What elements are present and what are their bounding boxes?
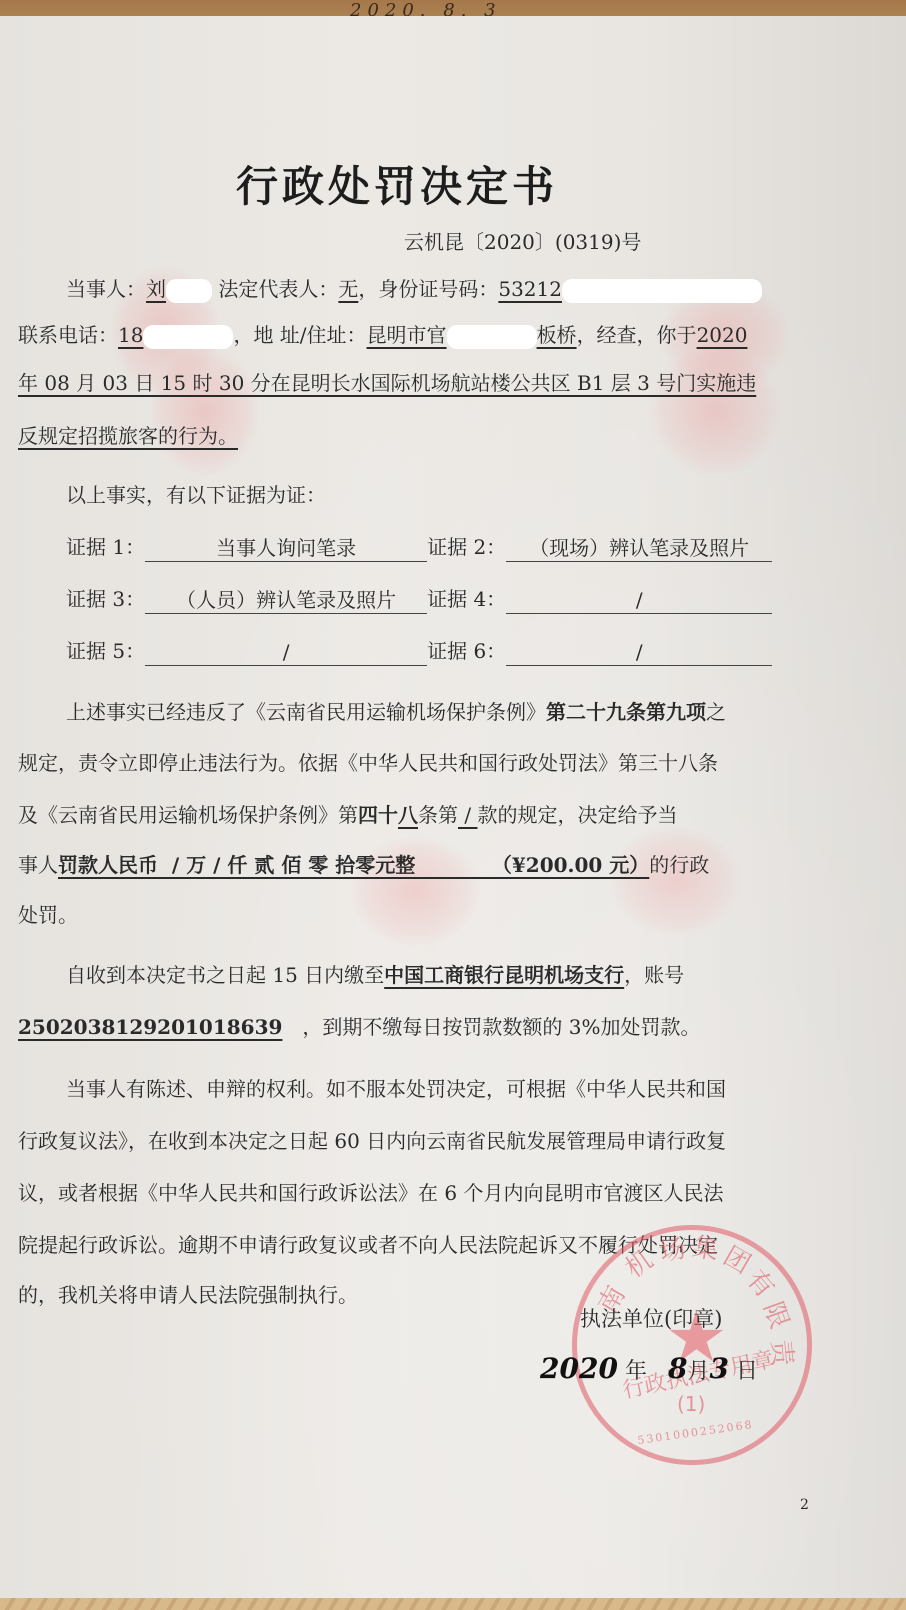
violation-text: 上述事实已经违反了《云南省民用运输机场保护条例》 [66,700,546,724]
document-title: 行政处罚决定书 [236,154,558,214]
evidence-value: （现场）辨认笔录及照片 [506,535,772,562]
incident-conclusion: 反规定招揽旅客的行为。 [18,421,798,451]
incident-year: 2020 [697,323,748,347]
evidence-value: 当事人询问笔录 [145,535,427,562]
issue-date: 2020 年 8月3 日 [540,1352,758,1385]
violation-line: 上述事实已经违反了《云南省民用运输机场保护条例》第二十九条第九项之 [18,697,846,727]
violation-line: 及《云南省民用运输机场保护条例》第四十八条第 / 款的规定，决定给予当 [18,800,798,830]
phone-number: 18 [118,323,143,347]
violation-text: 事人 [18,853,58,877]
violation-text: 的行政 [649,853,709,877]
evidence-label: 证据 2： [427,532,506,562]
evidence-label: 证据 4： [427,584,506,614]
evidence-row: 证据 5：/证据 6：/ [66,636,772,666]
evidence-row: 证据 1：当事人询问笔录证据 2：（现场）辨认笔录及照片 [66,532,772,562]
evidence-intro: 以上事实，有以下证据为证： [18,480,846,510]
incident-details: 年 08 月 03 日 15 时 30 分在昆明长水国际机场航站楼公共区 B1 … [18,368,798,398]
penalty-line: 事人罚款人民币 / 万 / 仟 贰 佰 零 拾零元整 （¥200.00 元）的行… [18,850,798,880]
document-number: 云机昆〔2020〕(0319)号 [404,226,641,255]
issuing-unit-label: 执法单位(印章) [580,1303,722,1333]
rights-line: 行政复议法》，在收到本决定之日起 60 日内向云南省民航发展管理局申请行政复 [18,1126,798,1156]
penalty-clause: / [458,803,477,827]
address-tail: 板桥 [537,323,577,347]
page-number: 2 [800,1497,809,1513]
redaction-mark [166,279,212,303]
seal-arc-text: 集 [690,1226,722,1267]
violation-text: 之 [706,700,726,724]
fine-amount: 罚款人民币 / 万 / 仟 贰 佰 零 拾零元整 （¥200.00 元） [58,853,649,877]
violation-line: 规定，责令立即停止违法行为。依据《中华人民共和国行政处罚法》第三十八条 [18,748,798,778]
year-label: 年 [625,1359,647,1384]
evidence-label: 证据 5： [66,636,145,666]
payment-line: 2502038129201018639，到期不缴每日按罚款数额的 3%加处罚款。 [18,1012,798,1042]
id-label: ，身份证号码： [358,277,498,301]
party-label: 当事人： [66,277,146,301]
payment-text: ，到期不缴每日按罚款数额的 3%加处罚款。 [302,1015,700,1039]
redaction-mark [562,279,762,303]
incident-behavior: 反规定招揽旅客的行为。 [18,424,448,448]
penalty-article: 八 [398,803,418,827]
payment-line: 自收到本决定书之日起 15 日内缴至中国工商银行昆明机场支行，账号 [18,960,846,990]
violation-text: 条第 [418,803,458,827]
legal-rep-value: 无 [338,277,358,301]
violated-article: 第二十九条第九项 [546,700,706,724]
seal-sub-text: (1) [677,1392,705,1416]
official-seal: 南 机 场 集 团 有 限 责 ★ 行政执法专用章 (1) 5301000252… [572,1225,812,1465]
investigation-text: ，经查，你于 [577,323,697,347]
violation-text: 款的规定，决定给予当 [477,803,677,827]
phone-label: 联系电话： [18,323,118,347]
rights-line: 议，或者根据《中华人民共和国行政诉讼法》在 6 个月内向昆明市官渡区人民法 [18,1178,798,1208]
contact-line: 联系电话：18，地 址/住址：昆明市官板桥，经查，你于2020 [18,320,798,350]
account-number: 2502038129201018639 [18,1015,302,1039]
violation-text: 及《云南省民用运输机场保护条例》第 [18,803,358,827]
handwritten-month: 8 [668,1352,687,1385]
evidence-row: 证据 3：（人员）辨认笔录及照片证据 4：/ [66,584,772,614]
penalty-line: 处罚。 [18,900,798,930]
party-name: 刘 [146,277,166,301]
seal-arc-text: 场 [655,1228,688,1270]
redaction-mark [143,325,233,349]
penalty-article: 四十 [358,803,398,827]
payment-text: ，账号 [624,963,684,987]
month-label: 月 [687,1359,709,1384]
party-line: 当事人：刘 法定代表人：无，身份证号码：53212 [18,274,846,304]
evidence-value: / [145,639,427,666]
handwritten-day: 3 [709,1352,728,1385]
evidence-label: 证据 1： [66,532,145,562]
payment-text: 自收到本决定书之日起 15 日内缴至 [66,963,384,987]
address-label: ，地 址/住址： [233,323,366,347]
fingerprint-mark [650,346,780,476]
desk-surface-bottom [0,1598,906,1610]
seal-arc-text: 限 [756,1296,800,1333]
seal-number: 5301000252068 [637,1418,755,1447]
bank-name: 中国工商银行昆明机场支行 [384,963,624,987]
evidence-value: （人员）辨认笔录及照片 [145,587,427,614]
handwritten-year: 2020 [540,1352,618,1385]
address-value: 昆明市官 [367,323,447,347]
legal-rep-label: 法定代表人： [218,277,338,301]
evidence-label: 证据 6： [427,636,506,666]
day-label: 日 [736,1359,758,1384]
evidence-label: 证据 3： [66,584,145,614]
evidence-value: / [506,587,772,614]
evidence-value: / [506,639,772,666]
fingerprint-mark [150,346,260,476]
redaction-mark [447,325,537,349]
id-number: 53212 [498,277,562,301]
rights-line: 当事人有陈述、申辩的权利。如不服本处罚决定，可根据《中华人民共和国 [18,1074,846,1104]
seal-arc-text: 机 [617,1240,660,1285]
